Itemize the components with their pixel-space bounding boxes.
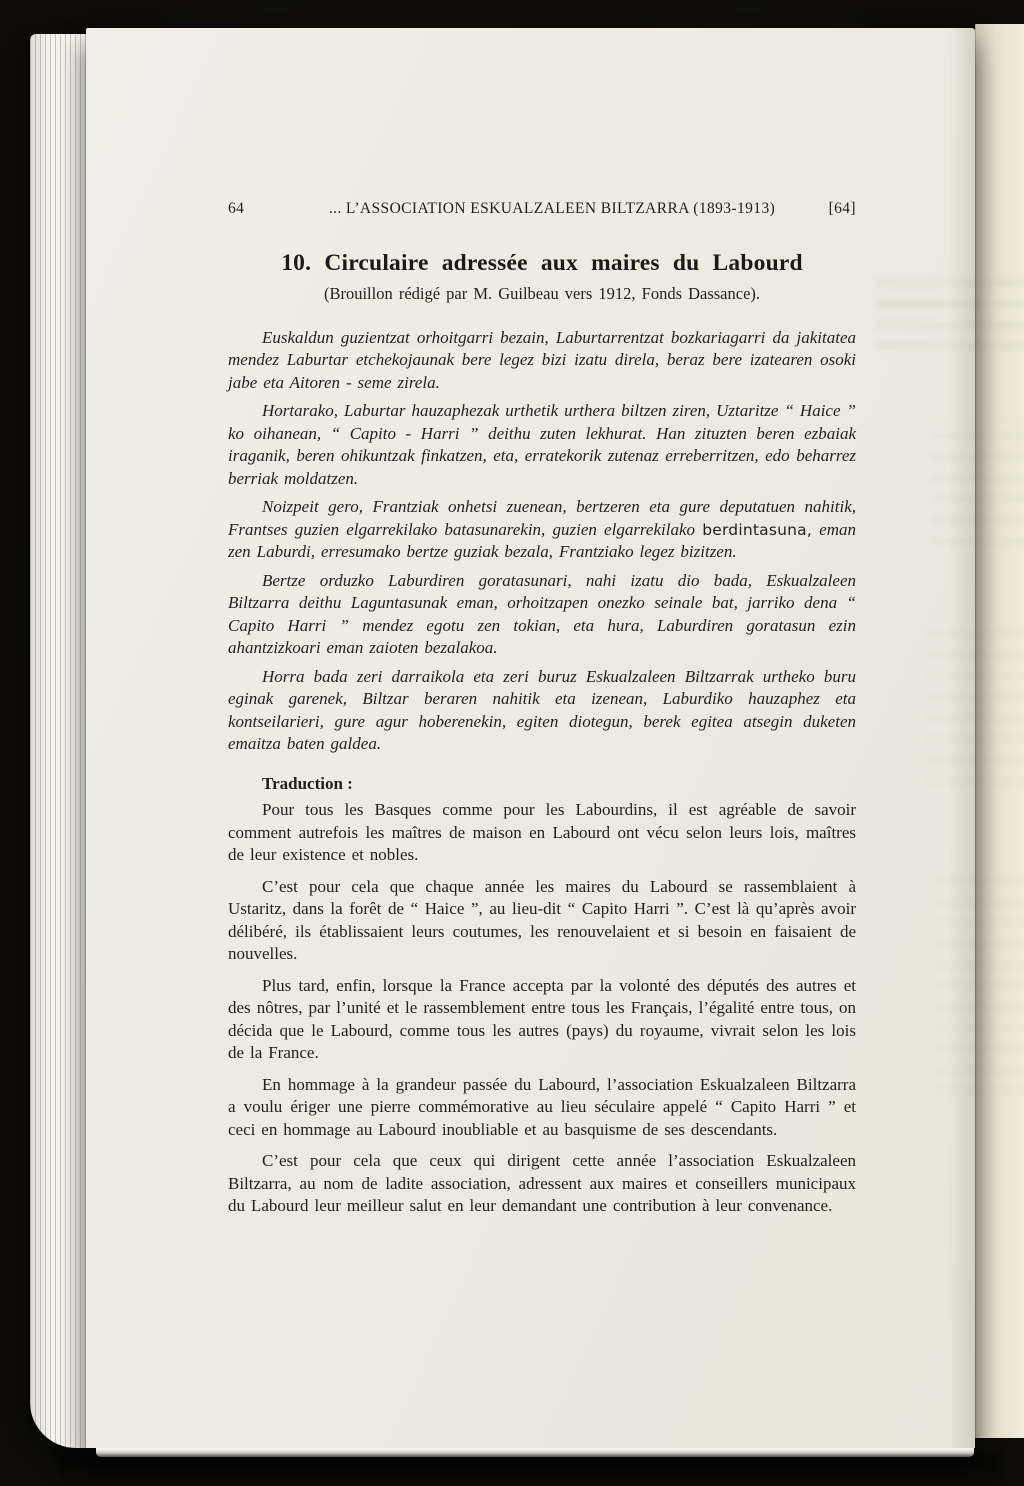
running-title: ... L’ASSOCIATION ESKUALZALEEN BILTZARRA… bbox=[300, 198, 804, 221]
translation-paragraph: En hommage à la grandeur passée du Labou… bbox=[228, 1074, 856, 1142]
book-page: 64 ... L’ASSOCIATION ESKUALZALEEN BILTZA… bbox=[86, 28, 975, 1448]
page-number-right: [64] bbox=[804, 198, 856, 221]
translation-text-block: Pour tous les Basques comme pour les Lab… bbox=[228, 799, 856, 1218]
page-content: 64 ... L’ASSOCIATION ESKUALZALEEN BILTZA… bbox=[228, 28, 856, 1227]
translation-paragraph: Pour tous les Basques comme pour les Lab… bbox=[228, 799, 856, 867]
basque-paragraph: Bertze orduzko Laburdiren goratasunari, … bbox=[228, 570, 856, 660]
basque-paragraph: Hortarako, Laburtar hauzaphezak urthetik… bbox=[228, 400, 856, 490]
page-number-left: 64 bbox=[228, 198, 300, 221]
running-header: 64 ... L’ASSOCIATION ESKUALZALEEN BILTZA… bbox=[228, 198, 856, 221]
basque-paragraph: Noizpeit gero, Frantziak onhetsi zuenean… bbox=[228, 496, 856, 564]
section-byline: (Brouillon rédigé par M. Guilbeau vers 1… bbox=[228, 283, 856, 306]
translation-paragraph: C’est pour cela que ceux qui dirigent ce… bbox=[228, 1150, 856, 1218]
translation-label: Traduction : bbox=[228, 773, 856, 796]
translation-paragraph: Plus tard, enfin, lorsque la France acce… bbox=[228, 975, 856, 1065]
section-title: 10. Circulaire adressée aux maires du La… bbox=[228, 252, 856, 275]
basque-paragraph: Euskaldun guzientzat orhoitgarri bezain,… bbox=[228, 327, 856, 395]
basque-paragraph: Horra bada zeri darraikola eta zeri buru… bbox=[228, 666, 856, 756]
page-edge-stack bbox=[30, 34, 92, 1448]
basque-paragraph-inserted-word: berdintasuna, bbox=[702, 521, 812, 539]
facing-page-edge bbox=[975, 24, 1024, 1438]
translation-paragraph: C’est pour cela que chaque année les mai… bbox=[228, 876, 856, 966]
basque-text-block: Euskaldun guzientzat orhoitgarri bezain,… bbox=[228, 327, 856, 756]
book-shadow bbox=[58, 1456, 998, 1484]
book-photo: 64 ... L’ASSOCIATION ESKUALZALEEN BILTZA… bbox=[0, 0, 1024, 1486]
